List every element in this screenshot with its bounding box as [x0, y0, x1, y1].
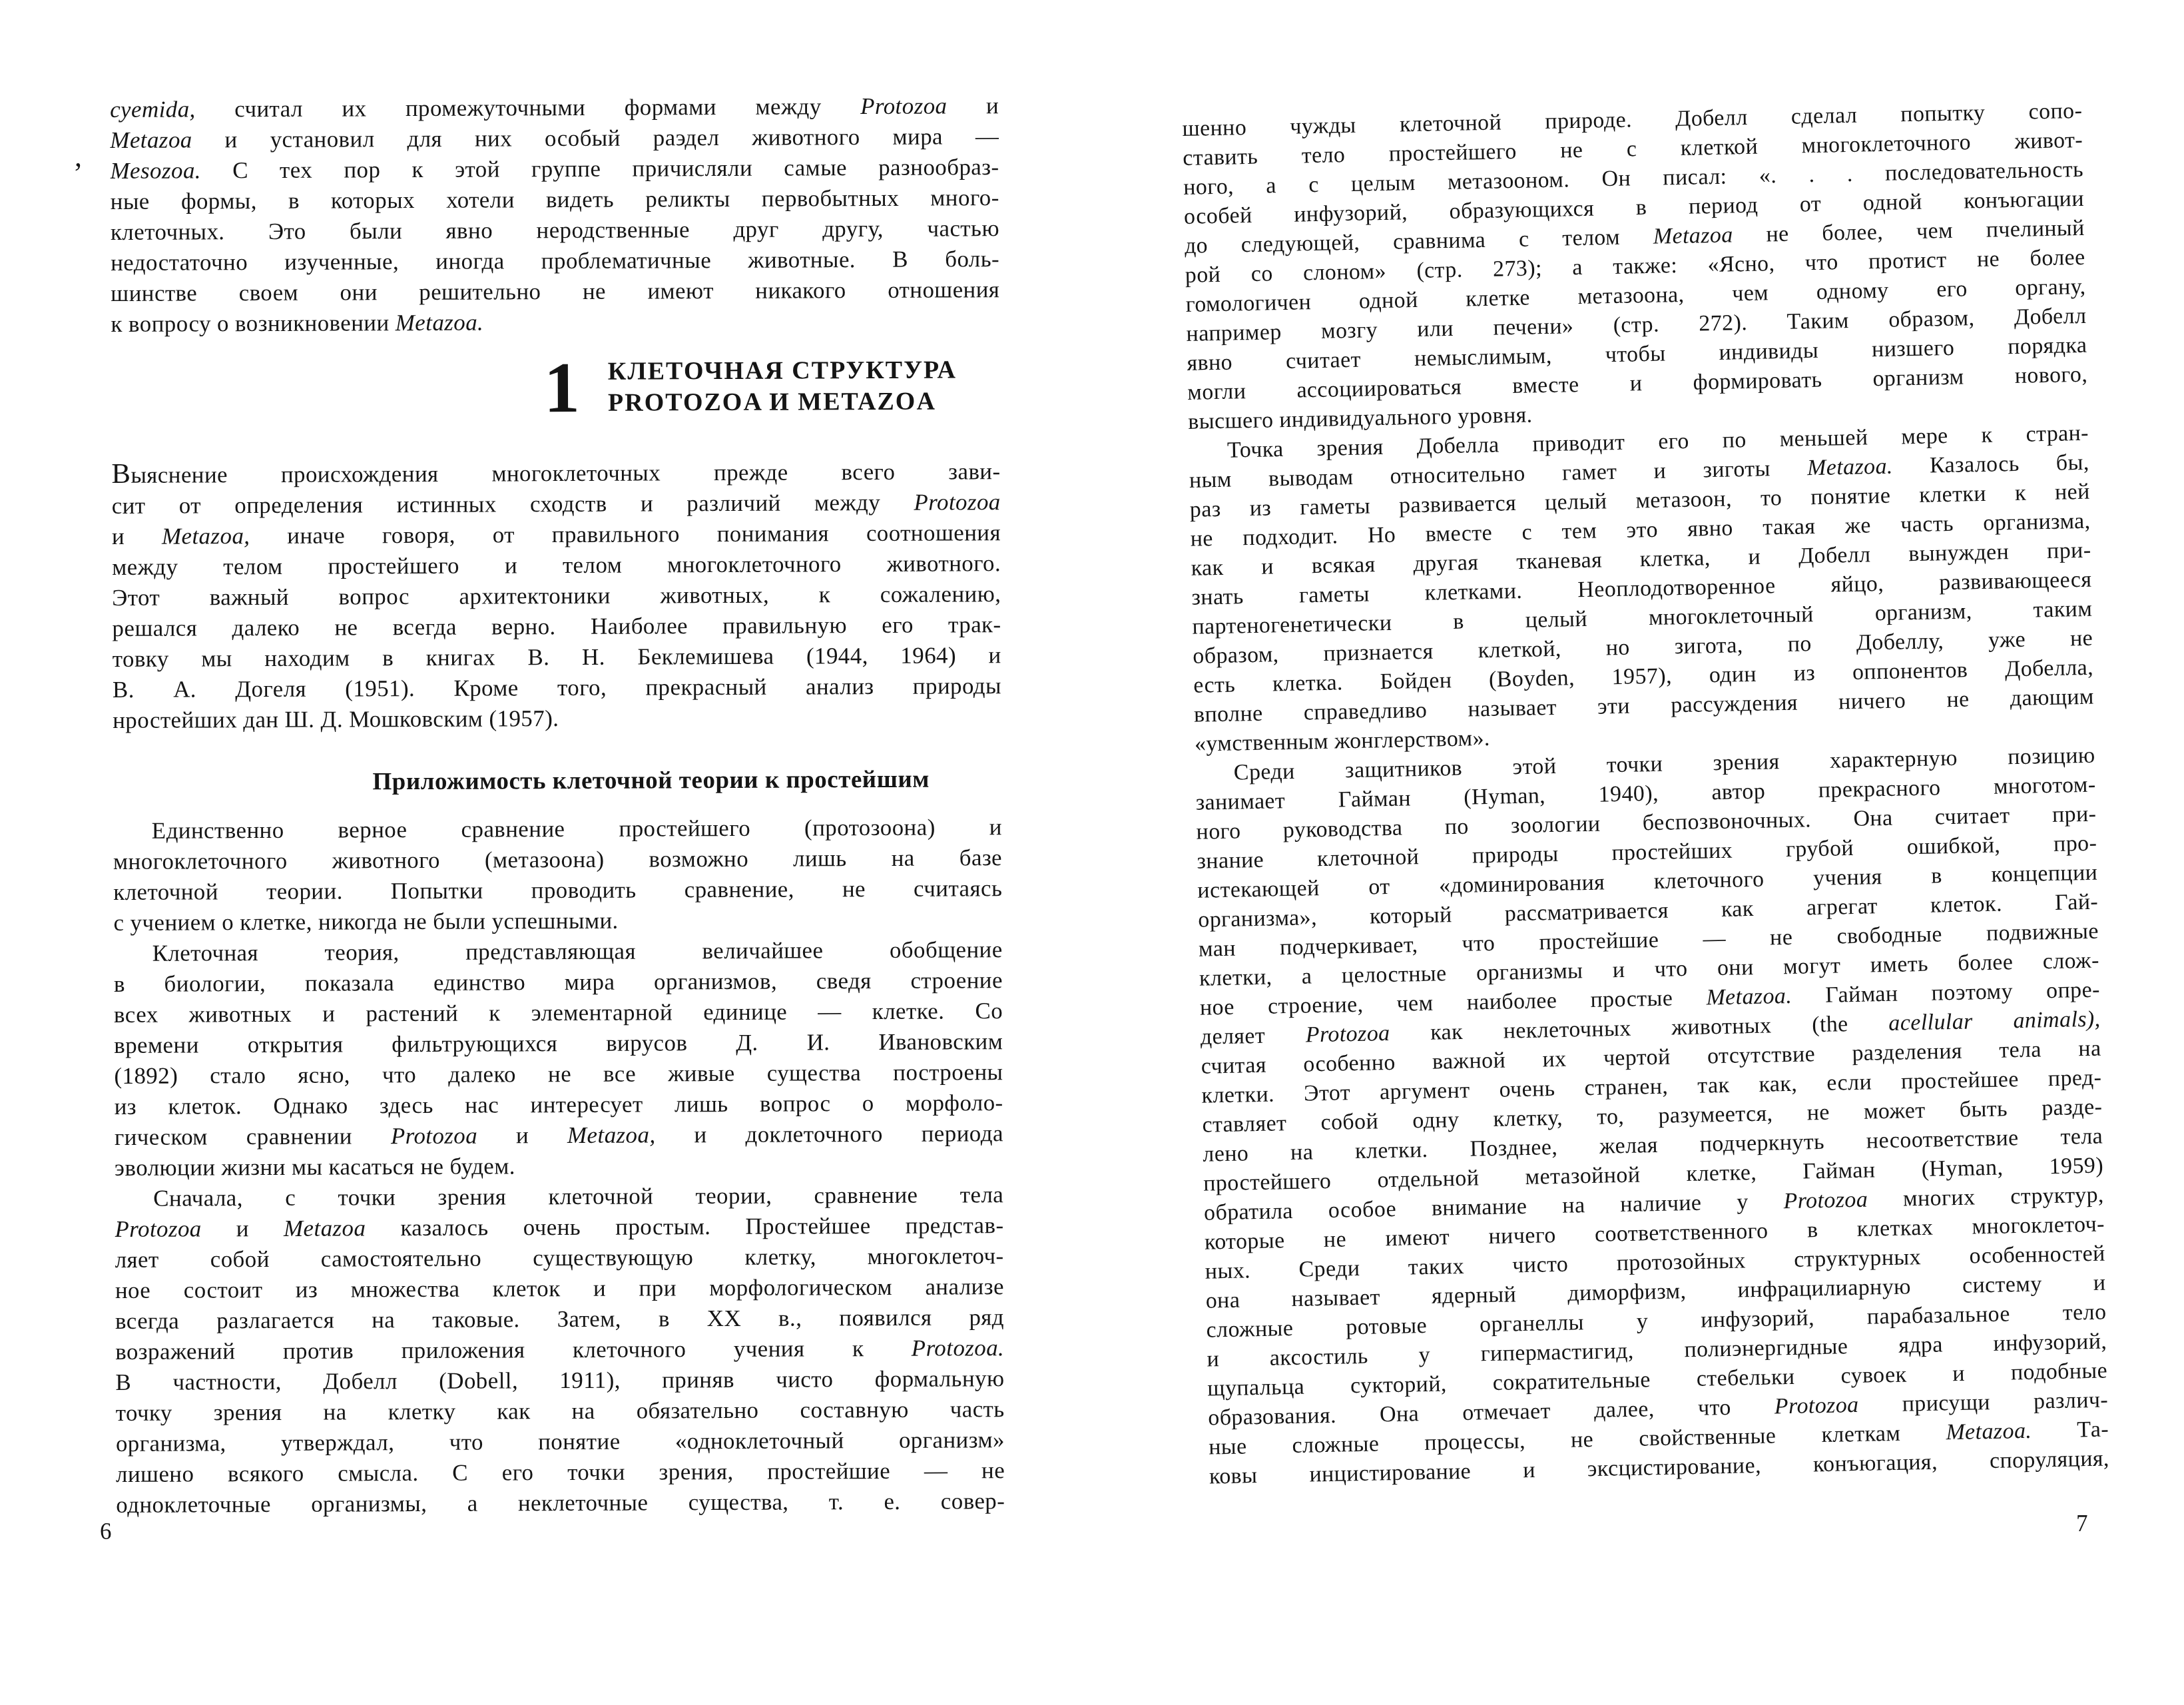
text-line: лишено всякого смысла. С его точки зрени… — [116, 1455, 1005, 1490]
paragraph: cyemida, считал их промежуточными формам… — [110, 91, 1000, 340]
text-line: Клеточная теория, представляющая величай… — [114, 934, 1003, 969]
page-number-right: 7 — [2076, 1511, 2088, 1537]
chapter-title-line: КЛЕТОЧНАЯ СТРУКТУРА — [608, 354, 957, 387]
left-page-text-blocks: cyemida, считал их промежуточными формам… — [110, 91, 1005, 1521]
text-line: эволюции жизни мы касаться не будем. — [115, 1149, 1003, 1184]
paragraph: шенно чужды клеточной природе. Добелл сд… — [1182, 97, 2088, 437]
text-line: и Metazoa, иначе говоря, от правильного … — [112, 517, 1001, 552]
text-line: (1892) стало ясно, что далеко не все жив… — [114, 1057, 1003, 1092]
paragraph: Выяснение происхождения многоклеточных п… — [111, 456, 1001, 736]
left-page: cyemida, считал их промежуточными формам… — [110, 91, 1005, 1521]
chapter-title: КЛЕТОЧНАЯ СТРУКТУРАPROTOZOA И METAZOA — [608, 353, 957, 418]
text-line: точку зрения на клетку как на обязательн… — [116, 1394, 1005, 1429]
text-line: возражений против приложения клеточного … — [115, 1333, 1004, 1367]
text-line: нростейших дан Ш. Д. Мошковским (1957). — [113, 701, 1001, 736]
text-line: ное состоит из множества клеток и при мо… — [115, 1271, 1004, 1306]
text-line: из клеток. Однако здесь нас интересует л… — [115, 1088, 1003, 1122]
text-line: клеточной теории. Попытки проводить срав… — [113, 873, 1002, 908]
text-line: многоклеточного животного (метазоона) во… — [113, 843, 1002, 877]
text-line: Protozoa и Metazoa казалось очень просты… — [115, 1210, 1003, 1245]
text-line: клеточных. Это были явно неродственные д… — [111, 213, 999, 248]
text-line: времени открытия фильтрующихся вирусов Д… — [114, 1026, 1003, 1061]
text-line: сит от определения истинных сходств и ра… — [112, 487, 1001, 521]
text-line: шинстве своем они решительно не имеют ни… — [111, 274, 999, 309]
text-line: в биологии, показала единство мира орган… — [114, 965, 1003, 1000]
chapter-title-line: PROTOZOA И METAZOA — [608, 386, 957, 418]
paragraph: Среди защитников этой точки зрения харак… — [1195, 741, 2109, 1492]
text-line: всегда разлагается на таковые. Затем, в … — [115, 1302, 1004, 1337]
chapter-heading: 1КЛЕТОЧНАЯ СТРУКТУРАPROTOZOA И METAZOA — [544, 353, 1000, 432]
text-line: В частности, Добелл (Dobell, 1911), прин… — [115, 1363, 1004, 1398]
text-line: Выяснение происхождения многоклеточных п… — [111, 456, 1000, 491]
text-line: Сначала, с точки зрения клеточной теории… — [115, 1180, 1003, 1214]
text-line: Metazoa и установил для них особый раэде… — [110, 121, 999, 156]
text-line: ляет собой самостоятельно существующую к… — [115, 1241, 1004, 1275]
text-line: одноклеточные организмы, а неклеточные с… — [116, 1486, 1005, 1521]
text-line: cyemida, считал их промежуточными формам… — [110, 91, 999, 125]
section-heading: Приложимость клеточной теории к простейш… — [372, 763, 1001, 799]
text-line: с учением о клетке, никогда не были успе… — [113, 904, 1002, 938]
text-line: Mesozoa. С тех пор к этой группе причисл… — [110, 152, 999, 186]
text-line: Единственно верное сравнение простейшего… — [113, 812, 1002, 847]
text-line: товку мы находим в книгах В. Н. Беклемиш… — [113, 640, 1001, 675]
text-line: ные формы, в которых хотели видеть релик… — [111, 182, 999, 217]
text-line: решался далеко не всегда верно. Наиболее… — [112, 609, 1001, 644]
stray-margin-mark: , — [75, 140, 82, 174]
page-number-left: 6 — [100, 1519, 112, 1545]
text-line: В. А. Догеля (1951). Кроме того, прекрас… — [113, 671, 1001, 705]
text-line: всех животных и растений к элементарной … — [114, 996, 1003, 1030]
text-line: организма, утверждал, что понятие «однок… — [116, 1425, 1005, 1459]
text-line: Этот важный вопрос архитектоники животны… — [112, 579, 1001, 613]
chapter-number: 1 — [544, 355, 580, 422]
text-line: гическом сравнении Protozoa и Metazoa, и… — [115, 1118, 1003, 1153]
paragraph: Сначала, с точки зрения клеточной теории… — [115, 1180, 1005, 1521]
paragraph: Клеточная теория, представляющая величай… — [114, 934, 1004, 1184]
paragraph: Точка зрения Добелла приводит его по мен… — [1189, 419, 2095, 759]
right-page-text-blocks: шенно чужды клеточной природе. Добелл сд… — [1182, 97, 2109, 1492]
text-line: к вопросу о возникновении Metazoa. — [111, 305, 999, 340]
text-line: между телом простейшего и телом многокле… — [112, 548, 1001, 583]
paragraph: Единственно верное сравнение простейшего… — [113, 812, 1003, 938]
text-line: недостаточно изученные, иногда проблемат… — [111, 244, 999, 278]
right-page: шенно чужды клеточной природе. Добелл сд… — [1182, 97, 2109, 1492]
